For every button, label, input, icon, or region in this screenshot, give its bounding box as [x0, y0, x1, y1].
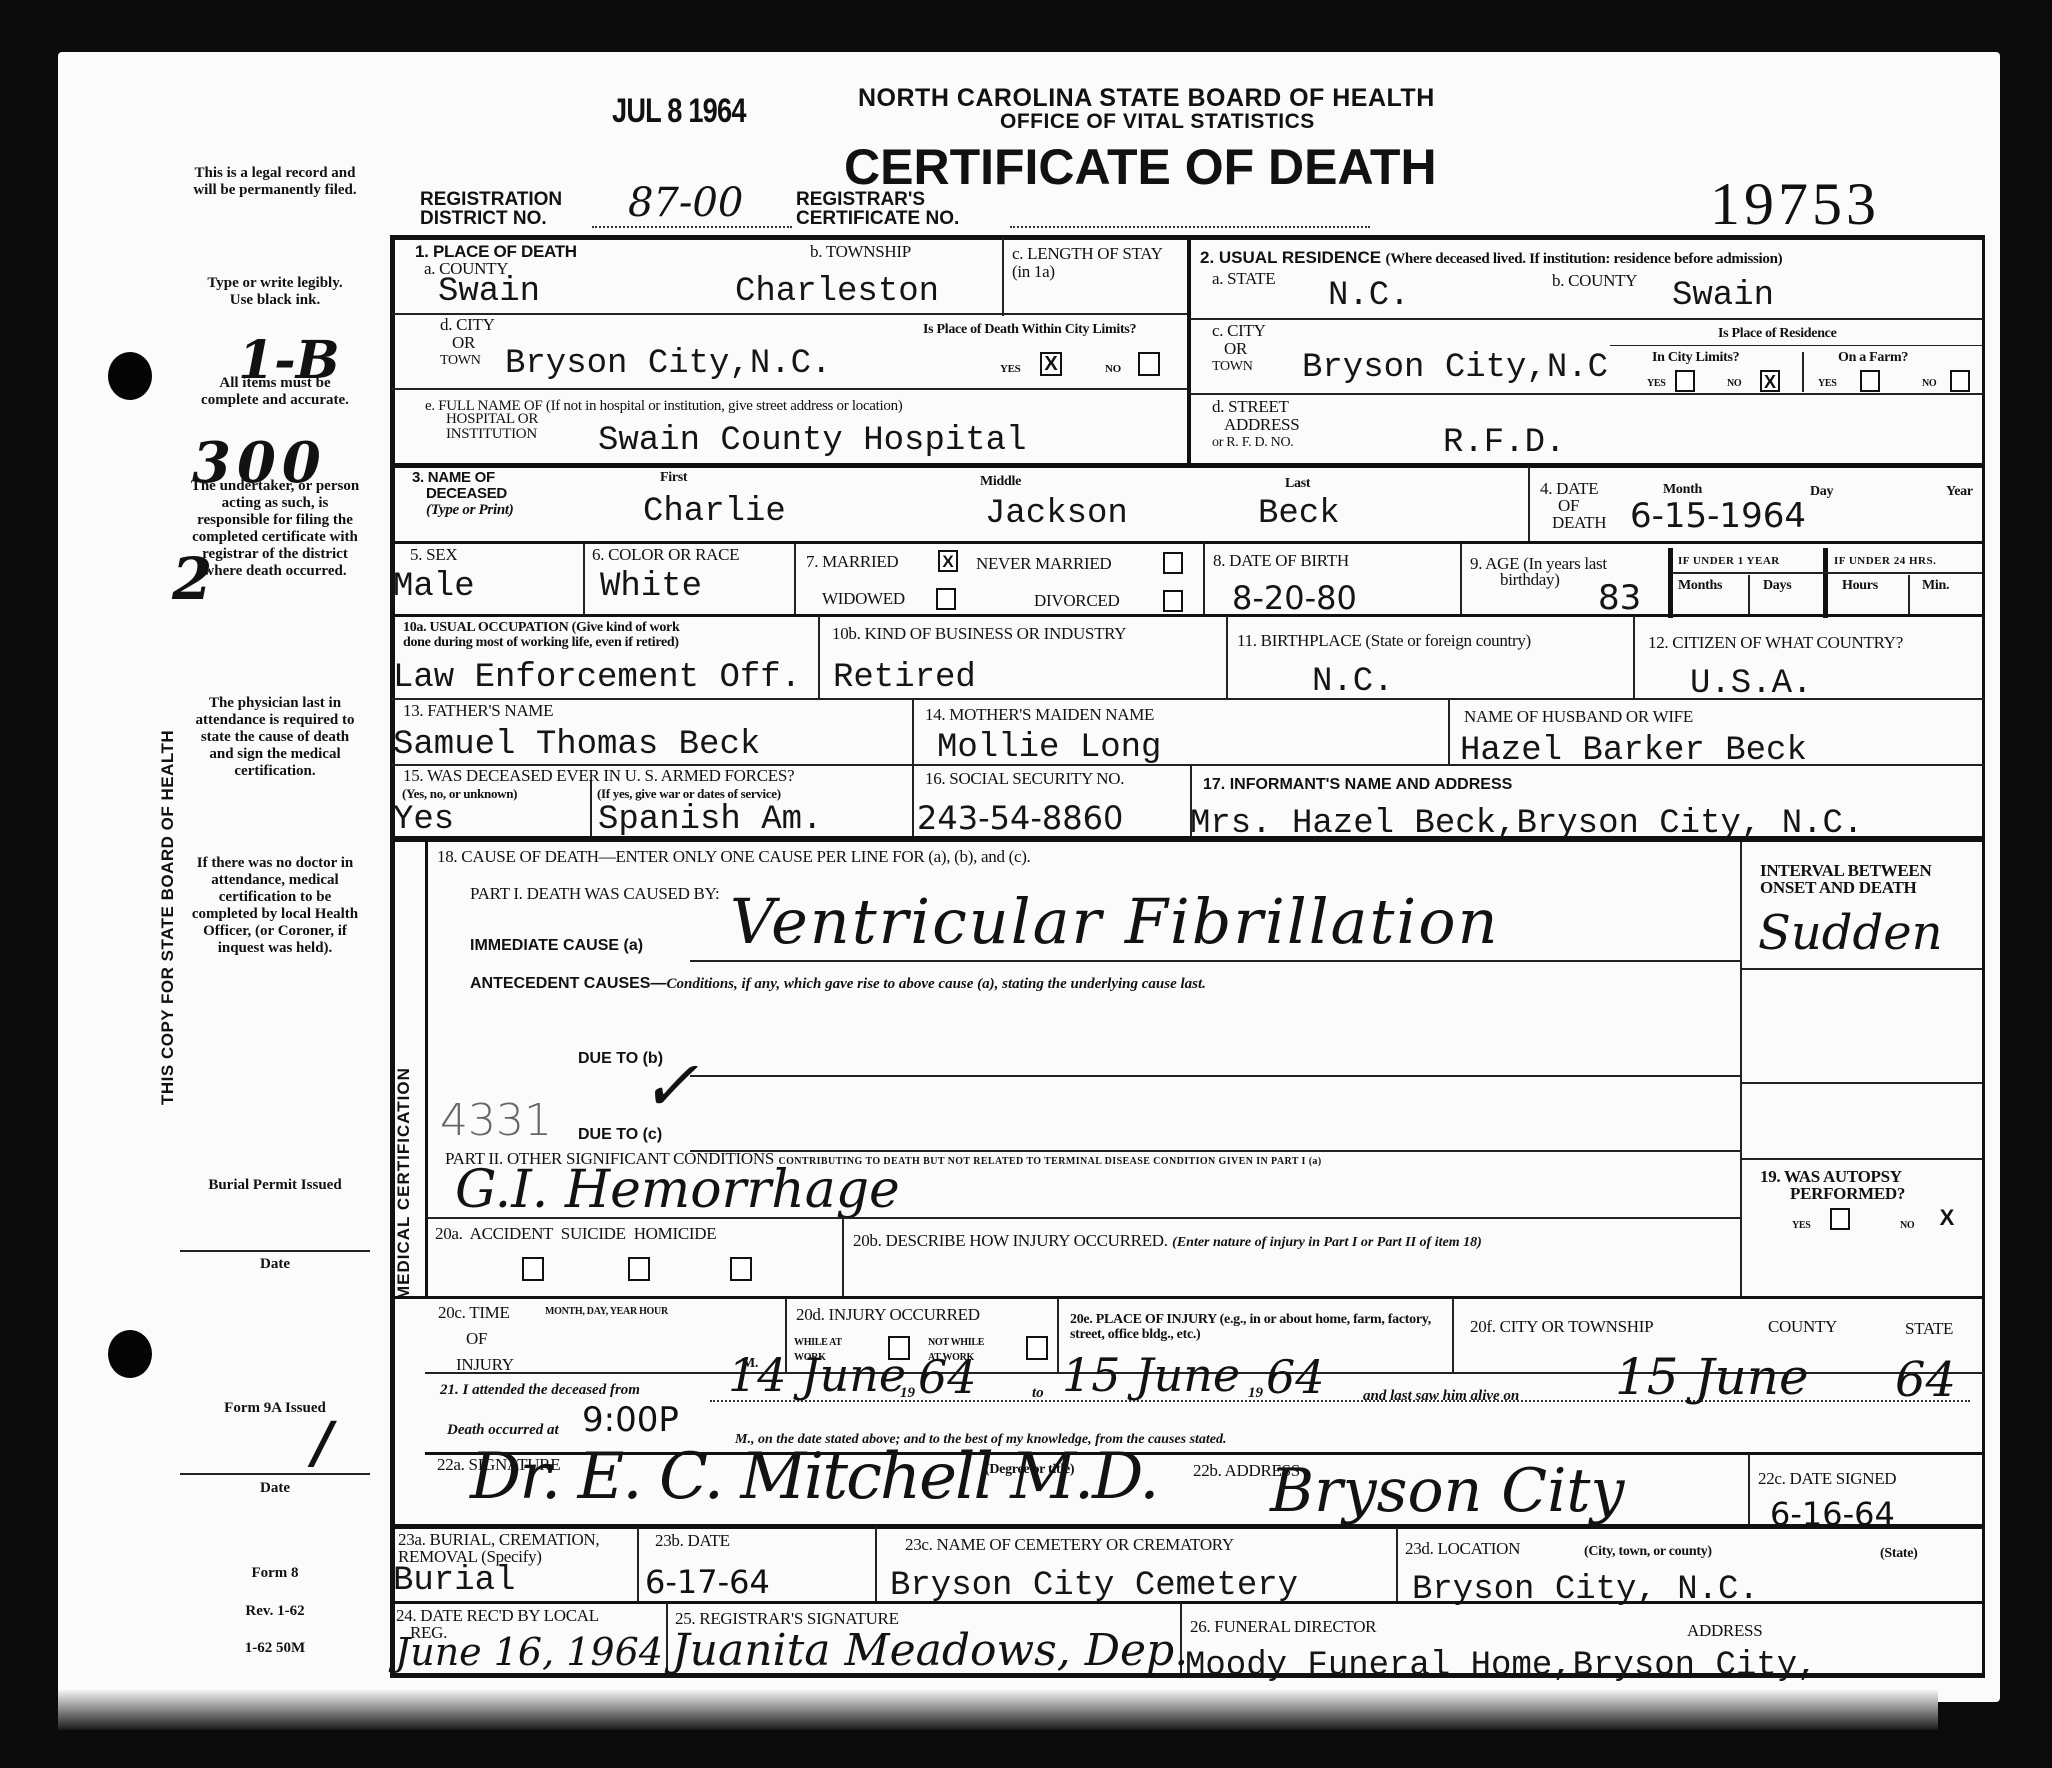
- on-farm-label: On a Farm?: [1838, 350, 1908, 365]
- immediate-cause-label: IMMEDIATE CAUSE (a): [470, 937, 643, 955]
- never-married-checkbox[interactable]: [1163, 552, 1183, 574]
- form9a-label: Form 9A Issued: [190, 1400, 360, 1417]
- legal-note: This is a legal record and will be perma…: [190, 165, 360, 199]
- row-line: [1742, 1158, 1982, 1160]
- death-city-field[interactable]: Bryson City,N.C.: [505, 346, 831, 382]
- war-service-field[interactable]: Spanish Am.: [598, 802, 822, 838]
- age-label: 9. AGE (In years last birthday): [1470, 556, 1607, 588]
- divider: [1448, 700, 1450, 766]
- registration-district-value: 87-00: [628, 180, 743, 226]
- row-line: [392, 313, 1188, 315]
- spouse-label: NAME OF HUSBAND OR WIFE: [1464, 708, 1693, 726]
- year-label: Year: [1946, 484, 1973, 499]
- handwritten-code-300: 300: [192, 430, 327, 496]
- street-label: d. STREET ADDRESS or R. F. D. NO.: [1212, 398, 1299, 452]
- age-field[interactable]: 83: [1598, 580, 1641, 616]
- yes-label: YES: [1647, 376, 1666, 391]
- interval-field[interactable]: Sudden: [1758, 905, 1943, 961]
- form9a-checkmark: /: [312, 1410, 332, 1476]
- form-print-code: 1-62 50M: [190, 1640, 360, 1657]
- autopsy-label: 19. WAS AUTOPSY PERFORMED?: [1760, 1168, 1905, 1202]
- form-revision: Rev. 1-62: [190, 1603, 360, 1620]
- residence-in-city-yes-checkbox[interactable]: [1675, 370, 1695, 392]
- divider: [912, 700, 914, 766]
- attended-from-field[interactable]: 14 June: [728, 1348, 906, 1402]
- homicide-checkbox[interactable]: [730, 1257, 752, 1281]
- divider: [794, 543, 796, 616]
- received-stamp: JUL 8 1964: [612, 92, 746, 131]
- divider: [666, 1603, 668, 1673]
- immediate-cause-field[interactable]: Ventricular Fibrillation: [730, 885, 1500, 958]
- never-married-label: NEVER MARRIED: [976, 555, 1111, 573]
- institution-field[interactable]: Swain County Hospital: [598, 423, 1026, 459]
- attended-label: 21. I attended the deceased from: [440, 1382, 640, 1398]
- form-number: Form 8: [190, 1565, 360, 1582]
- physician-note: The physician last in attendance is requ…: [190, 695, 360, 780]
- armed-forces-label: 15. WAS DECEASED EVER IN U. S. ARMED FOR…: [403, 767, 794, 785]
- ssn-label: 16. SOCIAL SECURITY NO.: [925, 770, 1124, 788]
- residence-city-label: c. CITY OR TOWN: [1212, 322, 1266, 376]
- paper-edge: [58, 1690, 1938, 1730]
- no-doctor-note: If there was no doctor in attendance, me…: [190, 855, 360, 957]
- death-within-city-no-checkbox[interactable]: [1138, 352, 1160, 376]
- describe-injury-label: 20b. DESCRIBE HOW INJURY OCCURRED. (Ente…: [853, 1232, 1482, 1251]
- death-within-city-yes-checkbox[interactable]: X: [1040, 352, 1062, 376]
- sex-field[interactable]: Male: [393, 569, 475, 605]
- physician-signature: Dr. E. C. Mitchell M.D.: [470, 1440, 1158, 1514]
- form9a-date-label: Date: [190, 1480, 360, 1497]
- burial-permit-date-label: Date: [190, 1256, 360, 1273]
- informant-label: 17. INFORMANT'S NAME AND ADDRESS: [1203, 776, 1512, 794]
- residence-county-label: b. COUNTY: [1552, 272, 1637, 290]
- death-city-label: d. CITY OR TOWN: [440, 316, 495, 370]
- burial-date-label: 23b. DATE: [655, 1532, 730, 1550]
- row-line: [392, 1296, 1984, 1299]
- divider: [842, 1219, 844, 1297]
- no-label: NO: [1900, 1218, 1914, 1233]
- in-city-limits-label: In City Limits?: [1652, 350, 1739, 365]
- not-while-at-work-checkbox[interactable]: [1026, 1336, 1048, 1360]
- occupation-field[interactable]: Law Enforcement Off.: [393, 660, 801, 696]
- registrar-cert-underline: [1010, 226, 1370, 228]
- father-field[interactable]: Samuel Thomas Beck: [393, 727, 760, 763]
- funeral-director-label: 26. FUNERAL DIRECTOR: [1190, 1618, 1376, 1636]
- death-county-field[interactable]: Swain: [438, 274, 540, 310]
- row-line: [392, 388, 1188, 390]
- row-line: [1190, 318, 1983, 320]
- divider: [1668, 548, 1673, 618]
- row-line: [392, 1601, 1984, 1604]
- handwritten-code-1b: 1-B: [238, 330, 340, 391]
- mother-field[interactable]: Mollie Long: [937, 730, 1161, 766]
- place-of-injury-label: 20e. PLACE OF INJURY (e.g., in or about …: [1070, 1312, 1450, 1342]
- location-label: 23d. LOCATION: [1405, 1540, 1520, 1558]
- injury-state-label: STATE: [1905, 1320, 1953, 1338]
- under-1-year-label: IF UNDER 1 YEAR: [1678, 554, 1780, 569]
- death-occurred-label: Death occurred at: [447, 1422, 559, 1438]
- due-to-b-line: [690, 1075, 1740, 1077]
- business-label: 10b. KIND OF BUSINESS OR INDUSTRY: [832, 625, 1126, 643]
- interval-label: INTERVAL BETWEEN ONSET AND DEATH: [1760, 862, 1931, 896]
- immediate-cause-line: [690, 960, 1740, 962]
- last-saw-year-field[interactable]: 64: [1895, 1352, 1956, 1408]
- funeral-address-label: ADDRESS: [1687, 1622, 1762, 1640]
- location-sub-label: (City, town, or county): [1584, 1544, 1712, 1559]
- armed-forces-sub-label: (Yes, no, or unknown): [402, 786, 517, 801]
- date-received-field[interactable]: June 16, 1964: [395, 1630, 663, 1674]
- burial-permit-label: Burial Permit Issued: [180, 1177, 370, 1194]
- cemetery-field[interactable]: Bryson City Cemetery: [890, 1568, 1298, 1604]
- yes-label: YES: [1818, 376, 1837, 391]
- divider: [1823, 548, 1828, 618]
- row-line: [392, 1524, 1984, 1529]
- divorced-checkbox[interactable]: [1163, 590, 1183, 612]
- row-line: [1610, 345, 1983, 346]
- registration-label: REGISTRATION DISTRICT NO.: [420, 190, 562, 228]
- residence-city-field[interactable]: Bryson City,N.C: [1302, 350, 1608, 386]
- birthplace-label: 11. BIRTHPLACE (State or foreign country…: [1237, 632, 1531, 650]
- yes-label: YES: [1792, 1218, 1811, 1233]
- divider: [1748, 1454, 1750, 1524]
- divider: [1452, 1298, 1454, 1374]
- accident-checkbox[interactable]: [522, 1257, 544, 1281]
- widowed-checkbox[interactable]: [936, 588, 956, 610]
- length-of-stay-label: c. LENGTH OF STAY (in 1a): [1012, 245, 1182, 281]
- divider: [1203, 543, 1205, 616]
- type-note: Type or write legibly. Use black ink.: [200, 275, 350, 309]
- first-name-label: First: [660, 470, 687, 485]
- sex-label: 5. SEX: [410, 546, 457, 564]
- suicide-checkbox[interactable]: [628, 1257, 650, 1281]
- row-line: [1742, 968, 1982, 970]
- page-title: CERTIFICATE OF DEATH: [844, 138, 1437, 196]
- row-line: [1742, 1082, 1982, 1084]
- street-field[interactable]: R.F.D.: [1443, 425, 1565, 461]
- dob-label: 8. DATE OF BIRTH: [1213, 552, 1349, 570]
- form-left-border: [390, 235, 395, 1677]
- occupation-label: 10a. USUAL OCCUPATION (Give kind of work…: [403, 620, 679, 650]
- residence-on-farm-yes-checkbox[interactable]: [1860, 370, 1880, 392]
- last-saw-label: and last saw him alive on: [1363, 1388, 1519, 1404]
- degree-label: (Degree or title): [985, 1462, 1074, 1477]
- row-line: [392, 836, 1984, 842]
- divider: [875, 1527, 877, 1603]
- row-line: [392, 614, 1984, 617]
- date-signed-label: 22c. DATE SIGNED: [1758, 1470, 1896, 1488]
- divider: [1633, 616, 1635, 700]
- autopsy-no-checkbox[interactable]: X: [1935, 1208, 1959, 1232]
- injury-occurred-label: 20d. INJURY OCCURRED: [796, 1306, 980, 1324]
- race-label: 6. COLOR OR RACE: [592, 546, 739, 564]
- injury-county-label: COUNTY: [1768, 1318, 1837, 1336]
- funeral-director-field[interactable]: Moody Funeral Home,Bryson City,: [1185, 1648, 1818, 1684]
- handwritten-code-2: 2: [172, 545, 212, 613]
- divider-township-stay: [1002, 238, 1004, 316]
- residence-county-field[interactable]: Swain: [1672, 278, 1774, 314]
- due-to-c-label: DUE TO (c): [578, 1126, 662, 1144]
- armed-forces-field[interactable]: Yes: [393, 802, 454, 838]
- residence-in-city-no-checkbox[interactable]: X: [1760, 370, 1780, 392]
- attended-to-label: to: [1032, 1385, 1044, 1401]
- attended-from-year-field[interactable]: 64: [918, 1350, 977, 1404]
- date-of-death-label: 4. DATE OF DEATH: [1540, 480, 1606, 531]
- part2-field[interactable]: G.I. Hemorrhage: [455, 1160, 900, 1220]
- registration-underline: [592, 226, 792, 228]
- days-label: Days: [1763, 578, 1791, 593]
- middle-name-field[interactable]: Jackson: [985, 496, 1128, 532]
- residence-state-field[interactable]: N.C.: [1328, 278, 1410, 314]
- burial-label: 23a. BURIAL, CREMATION, REMOVAL (Specify…: [398, 1531, 638, 1565]
- row-line: [392, 698, 1984, 700]
- state-copy-vertical-label: THIS COPY FOR STATE BOARD OF HEALTH: [158, 730, 178, 1105]
- no-label: NO: [1922, 376, 1936, 391]
- form9a-date-line: [180, 1473, 370, 1475]
- agency-line-1: NORTH CAROLINA STATE BOARD OF HEALTH: [858, 84, 1435, 113]
- registrar-certificate-label: REGISTRAR'S CERTIFICATE NO.: [796, 190, 959, 228]
- township-label: b. TOWNSHIP: [810, 243, 911, 261]
- divider: [1057, 1298, 1059, 1374]
- burial-field[interactable]: Burial: [393, 1563, 515, 1599]
- citizen-field[interactable]: U.S.A.: [1690, 666, 1812, 702]
- agency-line-2: OFFICE OF VITAL STATISTICS: [1000, 110, 1315, 134]
- row-line: [427, 1217, 1742, 1219]
- father-label: 13. FATHER'S NAME: [403, 702, 553, 720]
- race-field[interactable]: White: [600, 569, 702, 605]
- residence-on-farm-no-checkbox[interactable]: [1950, 370, 1970, 392]
- row-line: [392, 541, 1984, 544]
- attended-to-field[interactable]: 15 June: [1062, 1348, 1240, 1402]
- yes-label: YES: [1000, 362, 1021, 377]
- war-service-sub-label: (If yes, give war or dates of service): [597, 786, 781, 801]
- divider: [1528, 466, 1530, 544]
- row-line: [1672, 572, 1982, 574]
- year-prefix: 19: [900, 1385, 915, 1401]
- divider: [1396, 1527, 1398, 1603]
- certificate-number: 19753: [1710, 170, 1880, 239]
- time-of-injury-label: 20c. TIME OF INJURY: [438, 1300, 514, 1378]
- cause-code-note: 4331: [440, 1095, 552, 1146]
- medical-certification-vertical-label: MEDICAL CERTIFICATION: [394, 1067, 414, 1300]
- divider-item1-item2: [1187, 235, 1191, 465]
- under-24-hrs-label: IF UNDER 24 HRS.: [1834, 554, 1936, 569]
- divider: [818, 616, 820, 700]
- deceased-name-label: 3. NAME OF DECEASED (Type or Print): [412, 470, 513, 518]
- cemetery-label: 23c. NAME OF CEMETERY OR CREMATORY: [905, 1536, 1234, 1554]
- medical-certification-border: [425, 840, 428, 1297]
- punch-hole-top: [108, 352, 152, 400]
- ssn-field[interactable]: 243-54-8860: [917, 800, 1123, 836]
- divider: [912, 766, 914, 838]
- divorced-label: DIVORCED: [1034, 592, 1119, 610]
- last-saw-field[interactable]: 15 June: [1615, 1348, 1809, 1406]
- registrar-signature: Juanita Meadows, Dep.: [672, 1625, 1188, 1676]
- divider: [590, 780, 592, 838]
- burial-permit-date-line: [180, 1250, 370, 1252]
- antecedent-label: ANTECEDENT CAUSES—Conditions, if any, wh…: [470, 975, 1206, 993]
- birthplace-field[interactable]: N.C.: [1312, 664, 1394, 700]
- min-label: Min.: [1922, 578, 1949, 593]
- no-label: NO: [1105, 362, 1121, 377]
- divider: [1748, 575, 1750, 615]
- dob-field[interactable]: 8-20-80: [1232, 580, 1357, 616]
- location-state-label: (State): [1880, 1546, 1918, 1561]
- last-name-field[interactable]: Beck: [1258, 496, 1340, 532]
- hours-label: Hours: [1842, 578, 1878, 593]
- last-name-label: Last: [1285, 476, 1310, 491]
- autopsy-yes-checkbox[interactable]: [1830, 1208, 1850, 1230]
- year-prefix: 19: [1248, 1385, 1263, 1401]
- institution-label-2: HOSPITAL OR INSTITUTION: [446, 412, 538, 442]
- usual-residence-label: 2. USUAL RESIDENCE (Where deceased lived…: [1200, 248, 1782, 268]
- married-checkbox[interactable]: X: [938, 550, 958, 572]
- first-name-field[interactable]: Charlie: [643, 494, 786, 530]
- row-line: [1190, 393, 1983, 395]
- attended-to-year-field[interactable]: 64: [1266, 1350, 1325, 1404]
- check-mark: ✓: [640, 1045, 699, 1127]
- months-label: Months: [1678, 578, 1722, 593]
- date-of-death-field[interactable]: 6-15-1964: [1630, 498, 1806, 534]
- no-label: NO: [1727, 376, 1741, 391]
- divider: [1740, 842, 1742, 1297]
- death-time-field[interactable]: 9:00P: [582, 1400, 679, 1440]
- punch-hole-bottom: [108, 1330, 152, 1378]
- day-label: Day: [1810, 484, 1833, 499]
- married-label: 7. MARRIED: [806, 553, 898, 571]
- row-line: [392, 463, 1984, 468]
- place-of-residence-label: Is Place of Residence: [1718, 326, 1837, 341]
- divider: [1908, 575, 1910, 615]
- part1-label: PART I. DEATH WAS CAUSED BY:: [470, 885, 719, 903]
- divider: [1460, 543, 1462, 616]
- form-right-border: [1982, 235, 1985, 1677]
- physician-address-field[interactable]: Bryson City: [1270, 1456, 1624, 1526]
- death-township-field[interactable]: Charleston: [735, 274, 939, 310]
- month-label: Month: [1663, 482, 1702, 497]
- mother-label: 14. MOTHER'S MAIDEN NAME: [925, 706, 1154, 724]
- residence-state-label: a. STATE: [1212, 270, 1275, 288]
- divider: [1802, 352, 1804, 392]
- time-of-injury-columns: MONTH, DAY, YEAR HOUR: [545, 1304, 668, 1319]
- cause-of-death-label: 18. CAUSE OF DEATH—ENTER ONLY ONE CAUSE …: [437, 848, 1031, 866]
- widowed-label: WIDOWED: [822, 590, 905, 608]
- within-city-label: Is Place of Death Within City Limits?: [923, 322, 1183, 337]
- divider: [1226, 616, 1228, 700]
- middle-name-label: Middle: [980, 474, 1021, 489]
- citizen-label: 12. CITIZEN OF WHAT COUNTRY?: [1648, 634, 1903, 652]
- city-township-label: 20f. CITY OR TOWNSHIP: [1470, 1318, 1653, 1336]
- business-field[interactable]: Retired: [833, 660, 976, 696]
- divider: [583, 543, 585, 616]
- burial-date-field[interactable]: 6-17-64: [645, 1563, 770, 1601]
- accident-label: 20a. ACCIDENT SUICIDE HOMICIDE: [435, 1225, 716, 1243]
